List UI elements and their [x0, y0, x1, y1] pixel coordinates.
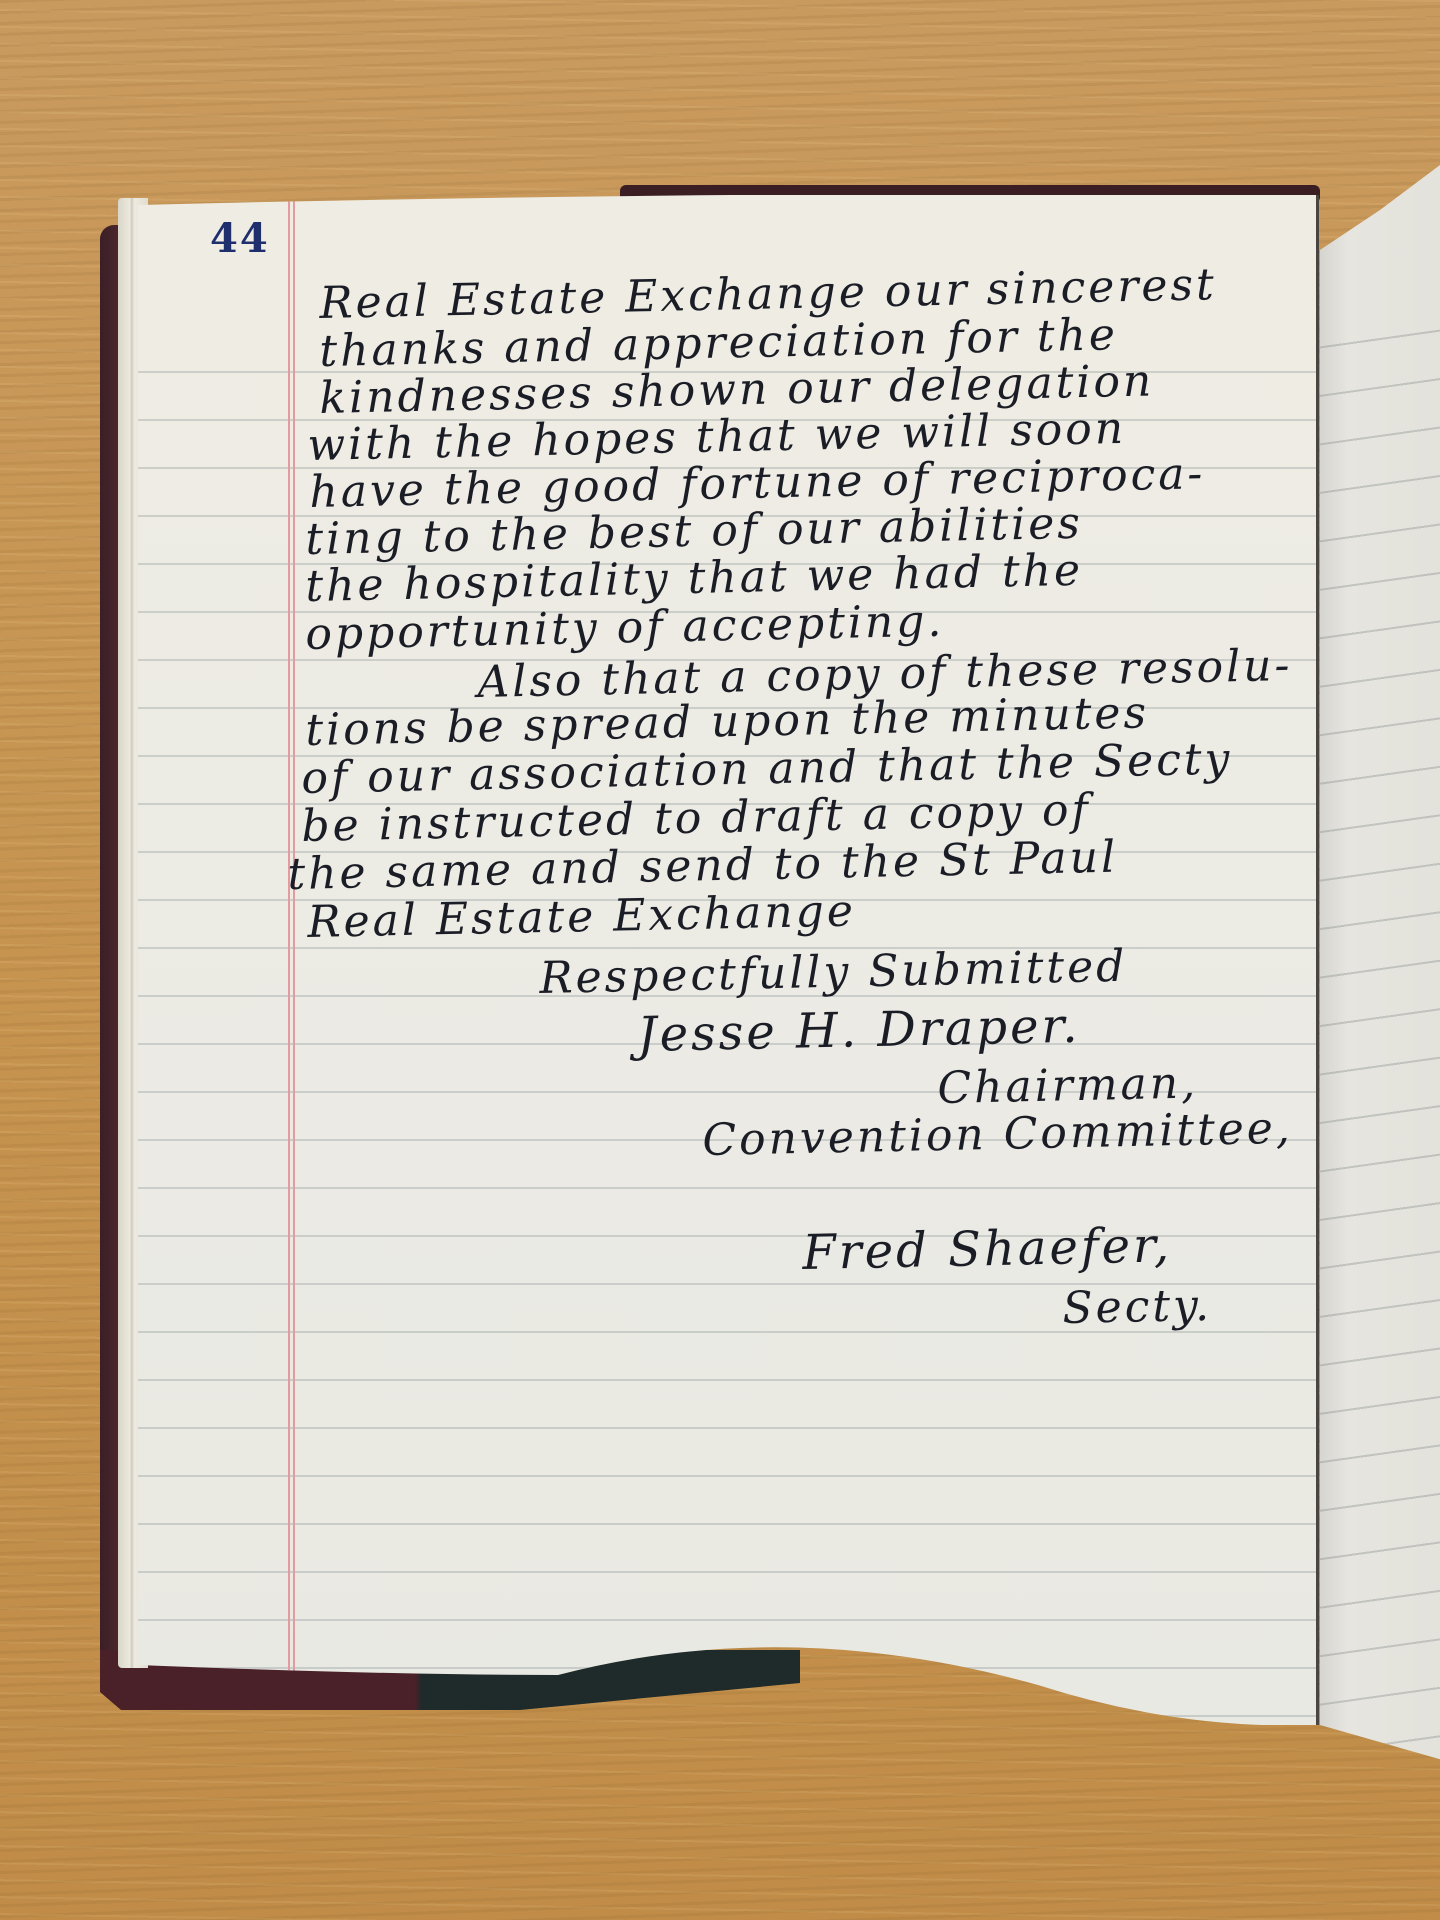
margin-rule-2 — [293, 195, 295, 1725]
facing-page-rules — [1320, 300, 1440, 1770]
ledger-page: 44 Real Estate Exchange our sincerest th… — [138, 195, 1318, 1725]
page-number: 44 — [210, 215, 270, 262]
facing-page — [1320, 150, 1440, 1770]
book-gutter — [1316, 195, 1319, 1725]
signature-secretary-title: Secty. — [1062, 1280, 1213, 1334]
margin-rule-1 — [288, 195, 290, 1725]
signature-chairman-name: Jesse H. Draper. — [637, 998, 1081, 1063]
signature-secretary-name: Fred Shaefer, — [802, 1217, 1173, 1281]
